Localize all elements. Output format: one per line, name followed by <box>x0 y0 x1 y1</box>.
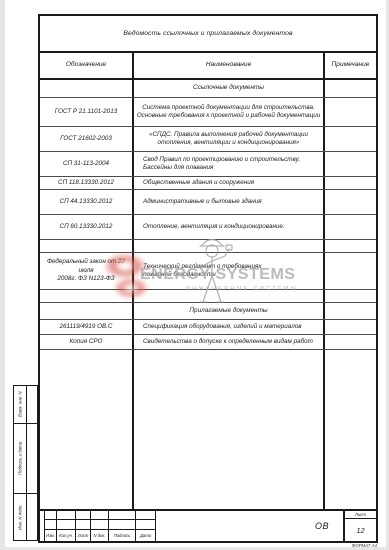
col-label-data: Дата <box>136 530 155 541</box>
doc-name: Технический регламент о требованиях пожа… <box>132 253 325 289</box>
title-block-stamp: Изм. Кол.уч. Лист N док. Подпись Дата ОВ… <box>40 509 376 541</box>
revision-table: Изм. Кол.уч. Лист N док. Подпись Дата <box>44 510 156 541</box>
table-body: Ссылочные документы ГОСТ Р 21.1101-2013 … <box>40 80 376 509</box>
header-name: Наименование <box>132 53 325 78</box>
doc-name: Спецификация оборудования, изделий и мат… <box>132 320 325 334</box>
doc-code: СП 60.13330.2012 <box>40 215 132 239</box>
doc-code: СП 31-113-2004 <box>40 152 132 176</box>
section-row-referenced: Ссылочные документы <box>40 80 376 98</box>
side-cell-vzam: Взам. инв. N <box>13 385 38 423</box>
document-code: ОВ <box>156 511 343 541</box>
empty-row <box>40 240 376 253</box>
col-label-ndok: N док. <box>91 530 108 541</box>
col-label-koluch: Кол.уч. <box>57 530 75 541</box>
empty-fill-row <box>40 350 376 509</box>
doc-code: СП 44.13330.2012 <box>40 190 132 214</box>
section-label: Ссылочные документы <box>132 80 325 97</box>
table-row: Федеральный закон от 22 июля 2008г. ФЗ N… <box>40 253 376 290</box>
doc-note <box>325 253 376 289</box>
side-cell-inv: Инв. N подл. <box>13 493 38 541</box>
sheet-number: 12 <box>345 519 376 541</box>
table-row: Копия СРО Свидетельства о допуске к опре… <box>40 335 376 350</box>
doc-code: ГОСТ Р 21.1101-2013 <box>40 98 132 126</box>
col-label-podpis: Подпись <box>109 530 135 541</box>
table-row: ГОСТ Р 21.1101-2013 Система проектной до… <box>40 98 376 127</box>
sheet-label: Лист <box>345 510 376 519</box>
table-row: СП 44.13330.2012 Административные и быто… <box>40 190 376 215</box>
side-label-strip: Взам. инв. N Подпись и дата Инв. N подл. <box>13 385 38 541</box>
doc-name: «СПДС. Правила выполнения рабочей докуме… <box>132 127 325 151</box>
side-label-inv: Инв. N подл. <box>14 494 26 540</box>
doc-name: Административные и бытовые здания <box>132 190 325 214</box>
doc-code: Федеральный закон от 22 июля 2008г. ФЗ N… <box>40 253 132 289</box>
table-row: СП 118.13330.2012 Общественные здания и … <box>40 177 376 190</box>
section-label: Прилагаемые документы <box>132 303 325 319</box>
doc-code: 261119/4919 ОВ.С <box>40 320 132 334</box>
section-row-attached: Прилагаемые документы <box>40 303 376 320</box>
doc-code: СП 118.13330.2012 <box>40 177 132 189</box>
doc-code: ГОСТ 21602-2003 <box>40 127 132 151</box>
table-row: 261119/4919 ОВ.С Спецификация оборудован… <box>40 320 376 335</box>
screenshot-root: { "title": "Ведомость ссылочных и прилаг… <box>0 0 389 550</box>
doc-name: Свидетельства о допуске к определенным в… <box>132 335 325 349</box>
side-label-vzam: Взам. инв. N <box>14 386 26 423</box>
empty-row <box>40 290 376 303</box>
doc-note <box>325 152 376 176</box>
doc-note <box>325 127 376 151</box>
document-table: Ведомость ссылочных и прилагаемых докуме… <box>38 14 378 543</box>
format-label: ФОРМАТ А4 <box>305 543 377 548</box>
table-row: СП 31-113-2004 Свод Правил по проектиров… <box>40 152 376 177</box>
doc-name: Общественные здания и сооружения <box>132 177 325 189</box>
doc-name: Отопление, вентиляция и кондиционировани… <box>132 215 325 239</box>
doc-note <box>325 335 376 349</box>
header-note: Примечание <box>325 53 376 78</box>
doc-name: Система проектной документации для строи… <box>132 98 325 126</box>
table-header: Обозначение Наименование Примечание <box>40 53 376 80</box>
doc-note <box>325 177 376 189</box>
drawing-sheet: Ведомость ссылочных и прилагаемых докуме… <box>5 0 386 547</box>
doc-note <box>325 320 376 334</box>
table-row: СП 60.13330.2012 Отопление, вентиляция и… <box>40 215 376 240</box>
header-designation: Обозначение <box>40 53 132 78</box>
col-label-izm: Изм. <box>45 530 56 541</box>
doc-note <box>325 98 376 126</box>
doc-note <box>325 215 376 239</box>
doc-note <box>325 190 376 214</box>
doc-code: Копия СРО <box>40 335 132 349</box>
table-row: ГОСТ 21602-2003 «СПДС. Правила выполнени… <box>40 127 376 152</box>
side-cell-podpis: Подпись и дата <box>13 423 38 493</box>
doc-name: Свод Правил по проектированию и строител… <box>132 152 325 176</box>
col-label-list: Лист <box>76 530 90 541</box>
sheet-cell: Лист 12 <box>343 510 376 541</box>
side-label-podpis: Подпись и дата <box>14 424 26 493</box>
page-title: Ведомость ссылочных и прилагаемых докуме… <box>40 16 376 53</box>
